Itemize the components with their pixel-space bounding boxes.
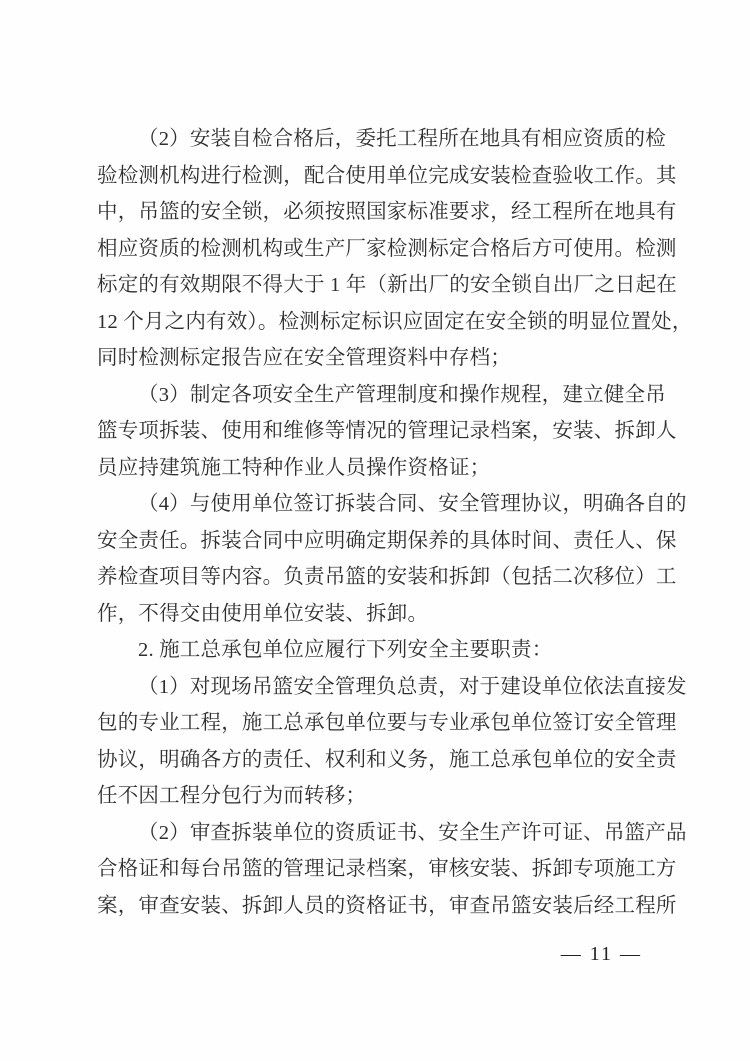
text-line: （4）与使用单位签订拆装合同、安全管理协议，明确各自的 — [97, 486, 657, 523]
document-page: （2）安装自检合格后，委托工程所在地具有相应资质的检验检测机构进行检测，配合使用… — [0, 0, 750, 1061]
text-line: （3）制定各项安全生产管理制度和操作规程，建立健全吊 — [97, 377, 657, 414]
text-line: 12 个月之内有效）。检测标定标识应固定在安全锁的明显位置处， — [97, 304, 657, 341]
text-line: 养检查项目等内容。负责吊篮的安装和拆卸（包括二次移位）工 — [97, 559, 657, 596]
document-body: （2）安装自检合格后，委托工程所在地具有相应资质的检验检测机构进行检测，配合使用… — [97, 121, 657, 924]
text-line: 合格证和每台吊篮的管理记录档案，审核安装、拆卸专项施工方 — [97, 851, 657, 888]
text-line: 安全责任。拆装合同中应明确定期保养的具体时间、责任人、保 — [97, 523, 657, 560]
text-line: （2）安装自检合格后，委托工程所在地具有相应资质的检 — [97, 121, 657, 158]
text-line: 标定的有效期限不得大于 1 年（新出厂的安全锁自出厂之日起在 — [97, 267, 657, 304]
text-line: 作，不得交由使用单位安装、拆卸。 — [97, 596, 657, 633]
text-line: 验检测机构进行检测，配合使用单位完成安装检查验收工作。其 — [97, 158, 657, 195]
text-line: 相应资质的检测机构或生产厂家检测标定合格后方可使用。检测 — [97, 231, 657, 268]
text-line: 中，吊篮的安全锁，必须按照国家标准要求，经工程所在地具有 — [97, 194, 657, 231]
text-line: 协议，明确各方的责任、权利和义务，施工总承包单位的安全责 — [97, 742, 657, 779]
text-line: 篮专项拆装、使用和维修等情况的管理记录档案，安装、拆卸人 — [97, 413, 657, 450]
text-line: 员应持建筑施工特种作业人员操作资格证； — [97, 450, 657, 487]
text-line: 包的专业工程，施工总承包单位要与专业承包单位签订安全管理 — [97, 705, 657, 742]
text-line: （2）审查拆装单位的资质证书、安全生产许可证、吊篮产品 — [97, 815, 657, 852]
text-line: 2. 施工总承包单位应履行下列安全主要职责： — [97, 632, 657, 669]
text-line: 同时检测标定报告应在安全管理资料中存档； — [97, 340, 657, 377]
text-line: （1）对现场吊篮安全管理负总责，对于建设单位依法直接发 — [97, 669, 657, 706]
text-line: 任不因工程分包行为而转移； — [97, 778, 657, 815]
text-line: 案，审查安装、拆卸人员的资格证书，审查吊篮安装后经工程所 — [97, 888, 657, 925]
page-number: — 11 — — [561, 943, 642, 966]
